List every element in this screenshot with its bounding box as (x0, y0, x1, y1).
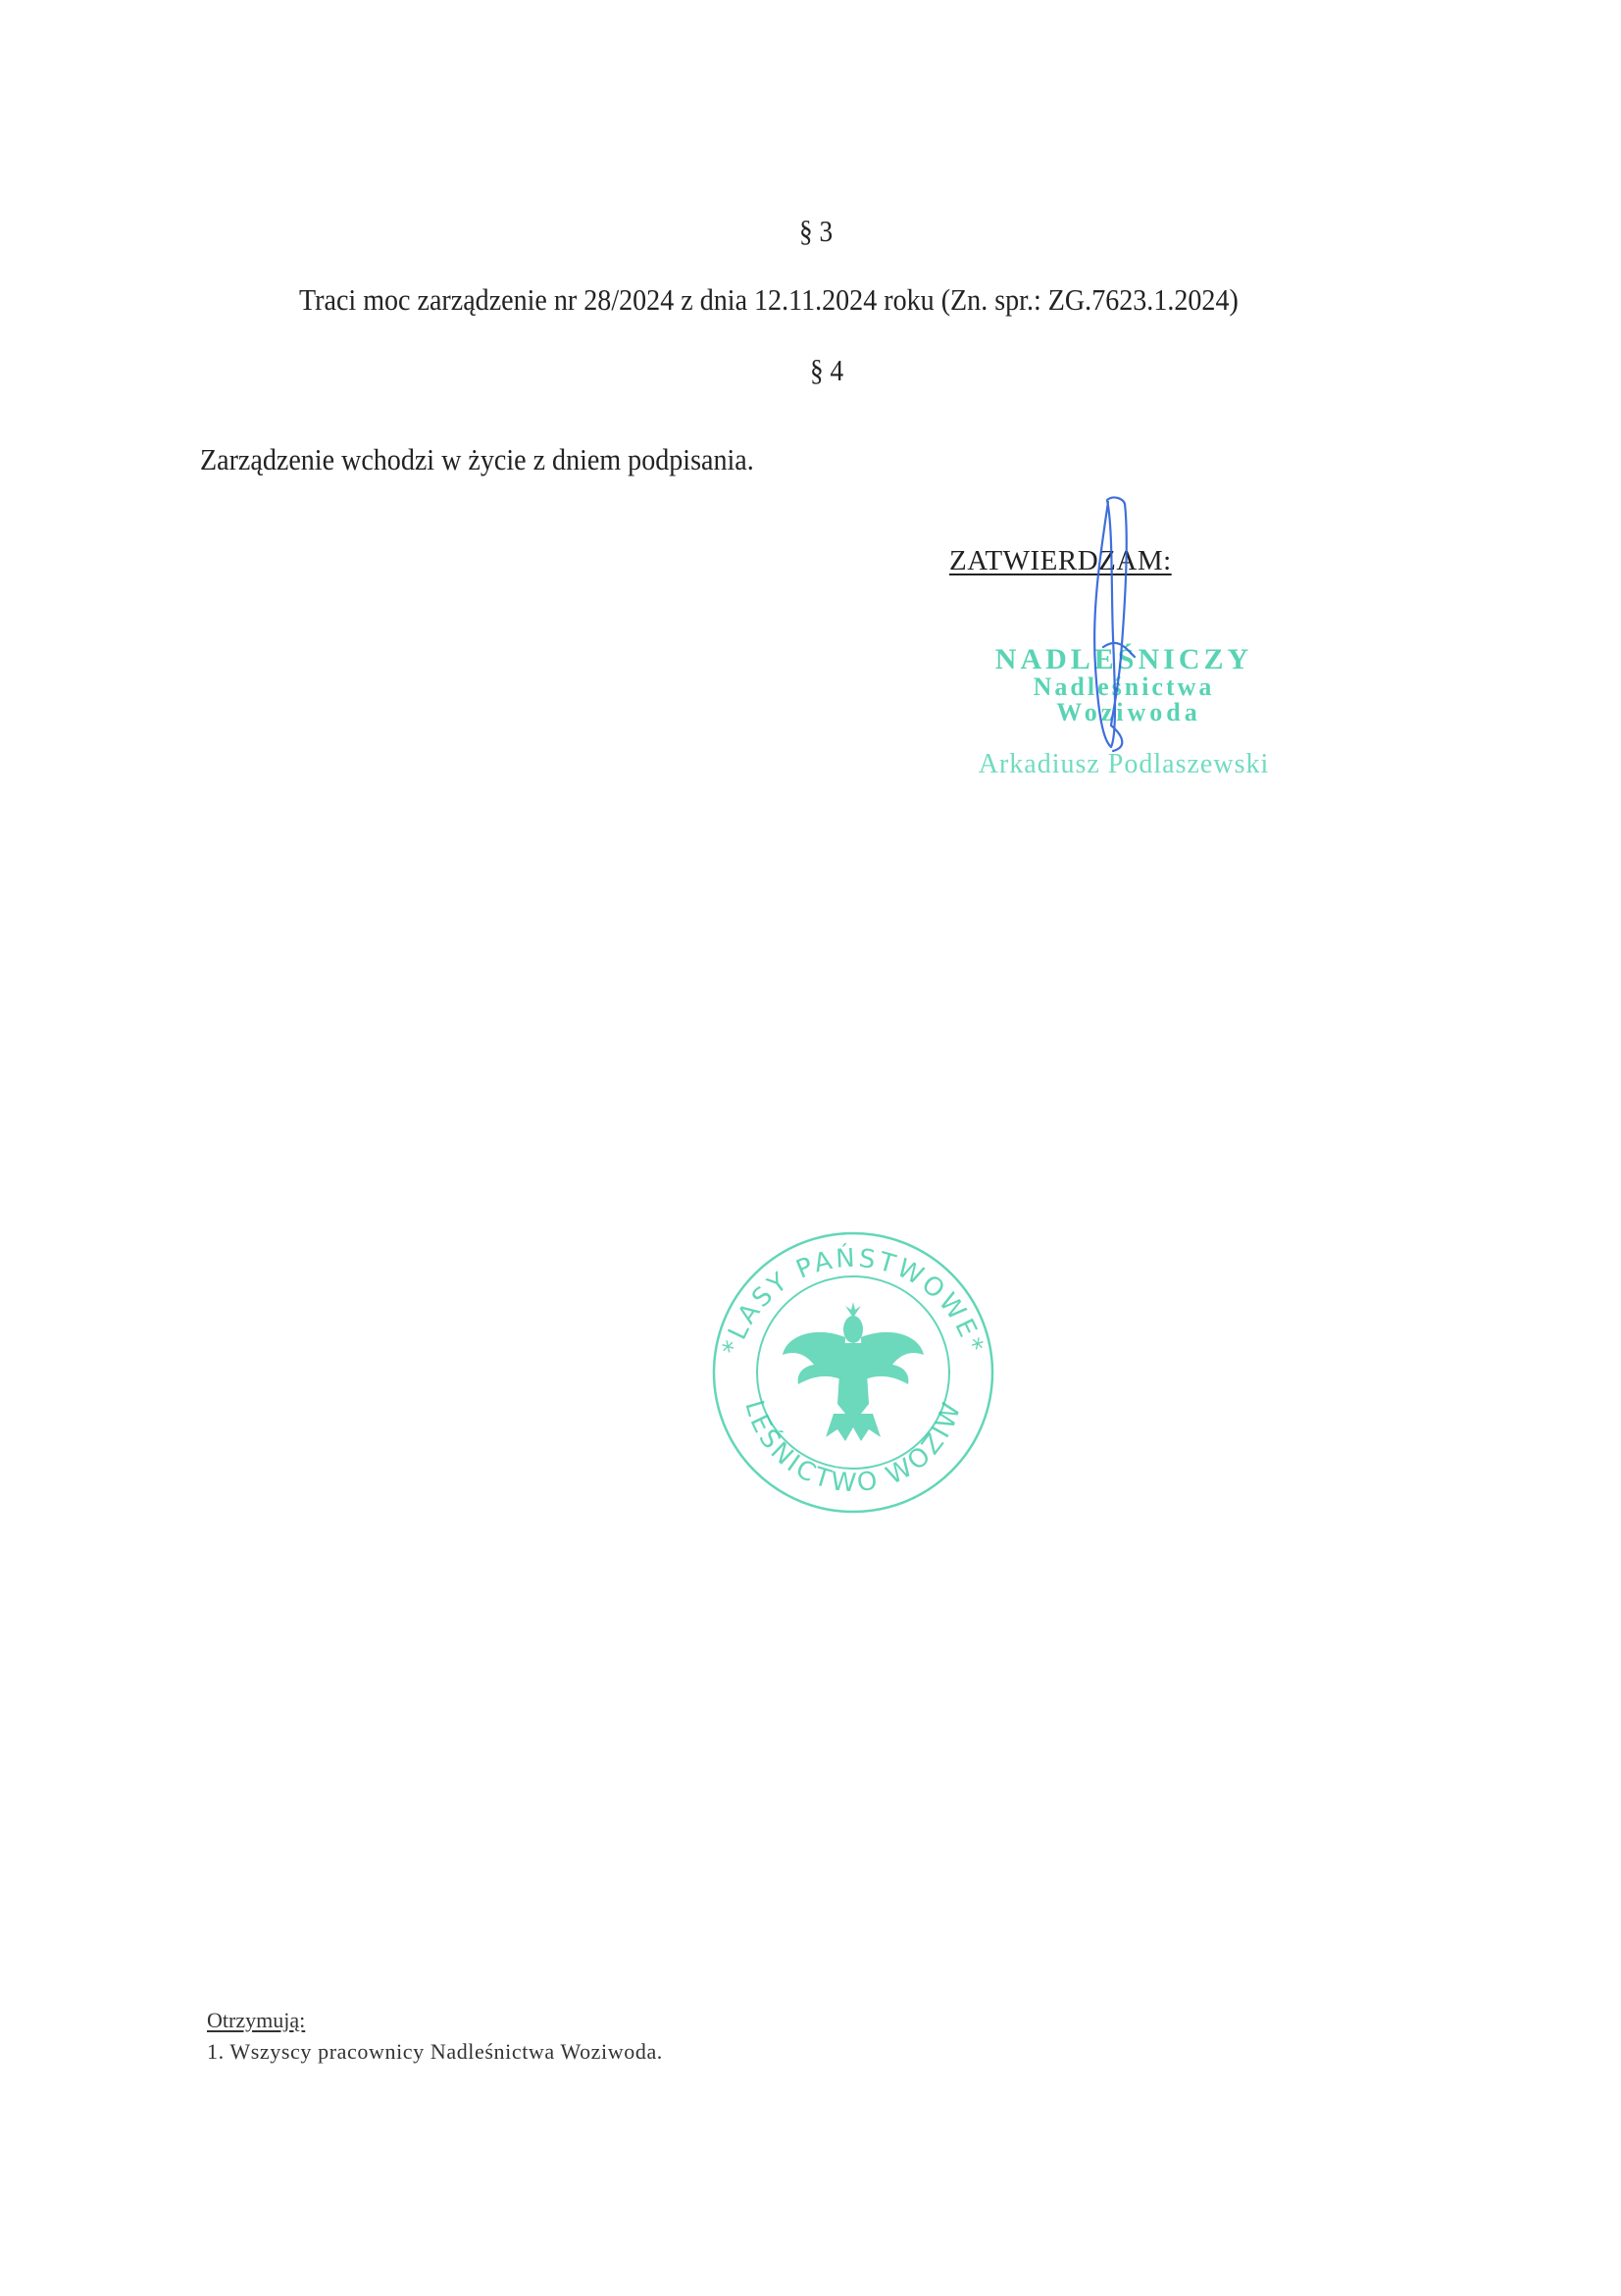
section-3-heading: § 3 (799, 214, 833, 249)
handwritten-signature-icon (1074, 490, 1152, 765)
section-4-heading: § 4 (810, 353, 843, 388)
section-3-text: Traci moc zarządzenie nr 28/2024 z dnia … (299, 282, 1239, 318)
eagle-emblem-icon (783, 1302, 924, 1441)
official-round-seal: *LASY PAŃSTWOWE* NADLEŚNICTWO WOZIWODA (708, 1227, 998, 1518)
recipients-label: Otrzymują: (207, 2008, 305, 2033)
recipient-item: 1. Wszyscy pracownicy Nadleśnictwa Woziw… (207, 2039, 663, 2065)
section-4-text: Zarządzenie wchodzi w życie z dniem podp… (200, 442, 754, 477)
